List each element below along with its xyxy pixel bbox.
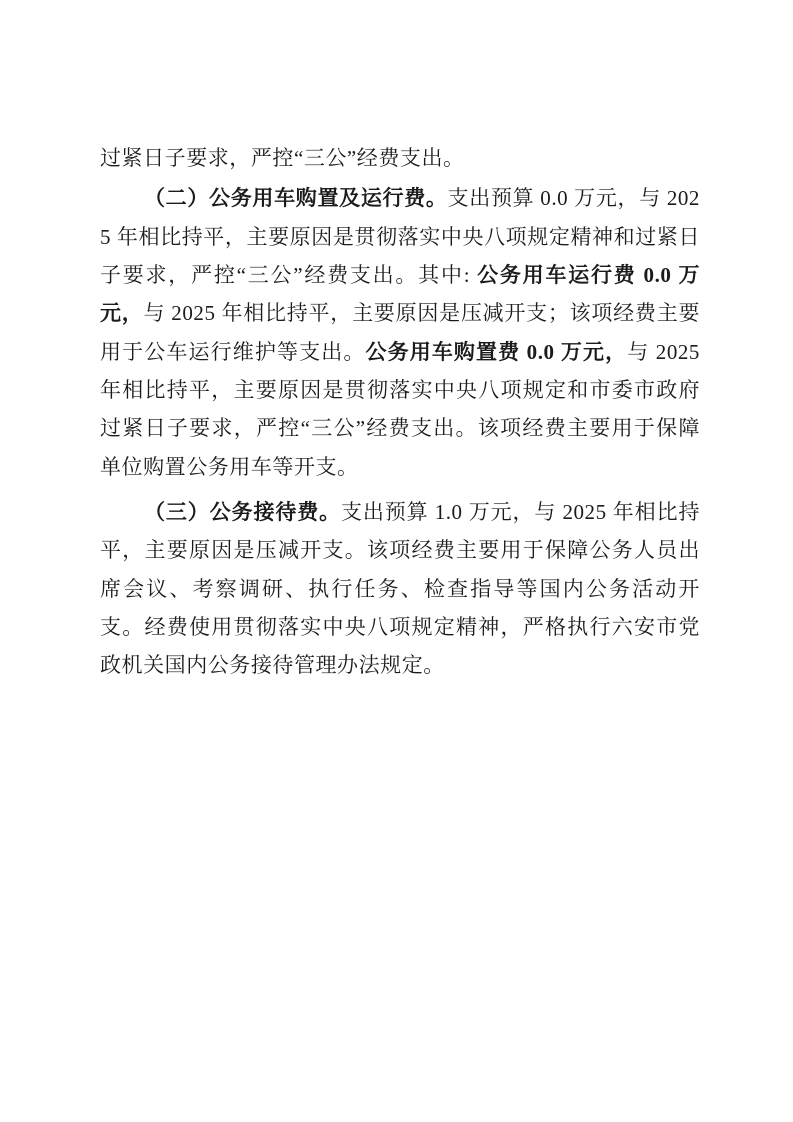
bold-text-run: 公务用车购置费 0.0 万元， xyxy=(365,340,627,364)
paragraph-continuation: 过紧日子要求，严控“三公”经费支出。 xyxy=(100,139,700,177)
document-page: 过紧日子要求，严控“三公”经费支出。（二）公务用车购置及运行费。支出预算 0.0… xyxy=(0,0,793,1122)
paragraph-vehicle-expense: （二）公务用车购置及运行费。支出预算 0.0 万元，与 2025 年相比持平，主… xyxy=(100,179,700,486)
paragraph-reception-expense: （三）公务接待费。支出预算 1.0 万元，与 2025 年相比持平，主要原因是压… xyxy=(100,493,700,685)
text-run: 支出预算 1.0 万元，与 2025 年相比持平，主要原因是压减开支。该项经费主… xyxy=(100,500,700,677)
document-body: 过紧日子要求，严控“三公”经费支出。（二）公务用车购置及运行费。支出预算 0.0… xyxy=(100,139,700,685)
bold-text-run: （三）公务接待费。 xyxy=(144,500,341,524)
text-run: 过紧日子要求，严控“三公”经费支出。 xyxy=(100,146,465,170)
bold-text-run: （二）公务用车购置及运行费。 xyxy=(144,186,448,210)
